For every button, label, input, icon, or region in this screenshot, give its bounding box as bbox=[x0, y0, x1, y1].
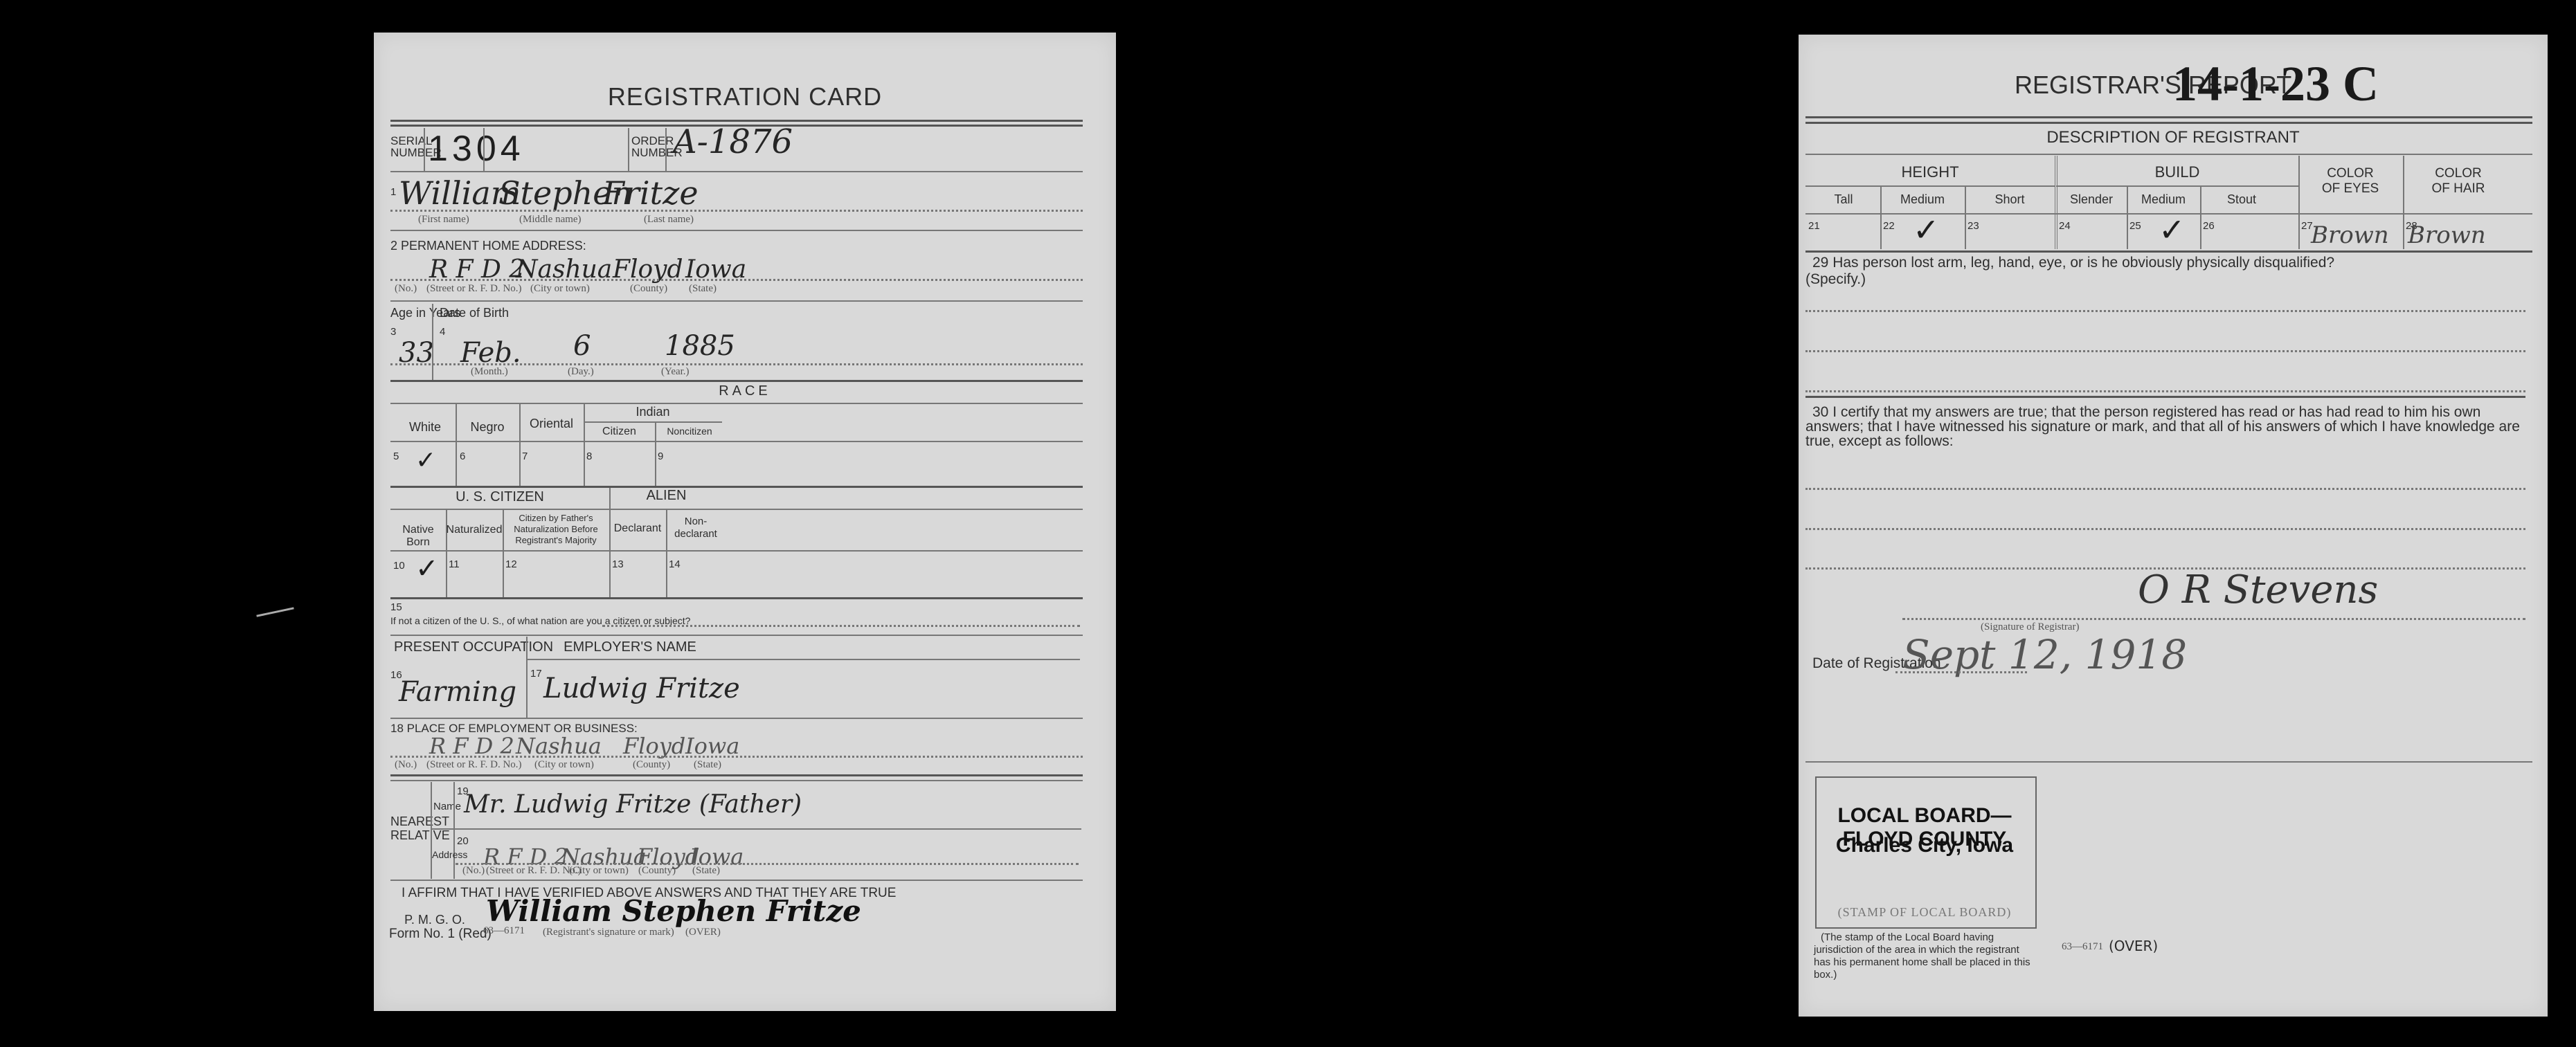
caption-month: (Month.) bbox=[471, 366, 508, 378]
caption-state: (State) bbox=[694, 759, 721, 771]
scan-artifact bbox=[256, 607, 294, 617]
stamp-caption: (STAMP OF LOCAL BOARD) bbox=[1815, 905, 2034, 920]
caption-day: (Day.) bbox=[568, 366, 594, 378]
caption-street: (Street or R. F. D. No.) bbox=[426, 283, 522, 295]
employer-header: EMPLOYER'S NAME bbox=[526, 639, 734, 655]
alien-nondeclarant: Non-declarant bbox=[672, 516, 720, 540]
form-id-line1: P. M. G. O. bbox=[393, 913, 476, 927]
home-address-label: 2 PERMANENT HOME ADDRESS: bbox=[390, 239, 586, 253]
board-line2: Charles City, Iowa bbox=[1815, 834, 2034, 857]
height-header: HEIGHT bbox=[1805, 163, 2055, 181]
signature-caption: (Registrant's signature or mark) bbox=[543, 927, 674, 938]
nearest-relative-label: NEAREST RELATIVE bbox=[390, 814, 431, 842]
race-oriental: Oriental bbox=[519, 417, 584, 431]
caption-city: (City or town) bbox=[534, 759, 594, 771]
field-number: 4 bbox=[440, 326, 445, 338]
employer-value: Ludwig Fritze bbox=[543, 673, 740, 704]
field-number: 17 bbox=[530, 668, 542, 680]
caption-middle-name: (Middle name) bbox=[519, 214, 582, 226]
race-header: RACE bbox=[374, 383, 1116, 399]
caption-last-name: (Last name) bbox=[644, 214, 694, 226]
dob-day: 6 bbox=[573, 330, 591, 362]
field-number: 8 bbox=[586, 450, 592, 462]
caption-county: (County) bbox=[633, 759, 670, 771]
relative-address-label: Address bbox=[432, 849, 467, 860]
eyes-header: COLOR OF EYES bbox=[2298, 166, 2402, 197]
occupation-value: Farming bbox=[399, 676, 516, 708]
height-short: Short bbox=[1965, 192, 2055, 207]
over-label: (OVER) bbox=[685, 927, 721, 938]
order-number: A-1876 bbox=[673, 122, 793, 161]
caption-street: (Street or R. F. D. No.) bbox=[486, 865, 582, 877]
race-white: White bbox=[390, 420, 460, 435]
field-number: 26 bbox=[2203, 220, 2215, 232]
back-card: REGISTRAR'S REPORT 14-1-23 C DESCRIPTION… bbox=[1799, 35, 2548, 1017]
field-number: 13 bbox=[612, 558, 624, 570]
over-label: (OVER) bbox=[2109, 938, 2158, 954]
citizen-native-born: Native Born bbox=[390, 524, 446, 549]
field-number: 3 bbox=[390, 326, 396, 338]
hair-header: COLOR OF HAIR bbox=[2403, 166, 2514, 197]
relative-name-value: Mr. Ludwig Fritze (Father) bbox=[464, 790, 802, 819]
build-header: BUILD bbox=[2056, 163, 2298, 181]
caption-year: (Year.) bbox=[661, 366, 690, 378]
field-number: 15 bbox=[390, 601, 402, 613]
caption-state: (State) bbox=[689, 283, 717, 295]
description-subtitle: DESCRIPTION OF REGISTRANT bbox=[1799, 128, 2548, 147]
field-number: 1 bbox=[390, 186, 396, 198]
form-id-line2: Form No. 1 (Red) bbox=[389, 927, 492, 942]
stamp-note: (The stamp of the Local Board having jur… bbox=[1814, 931, 2035, 981]
dob-label: Date of Birth bbox=[440, 306, 509, 320]
field-number: 9 bbox=[658, 450, 663, 462]
caption-state: (State) bbox=[692, 865, 720, 877]
caption-no: (No.) bbox=[395, 283, 417, 295]
q30-text: 30 I certify that my answers are true; t… bbox=[1805, 405, 2529, 448]
alien-header: ALIEN bbox=[609, 488, 723, 504]
field-number: 6 bbox=[460, 450, 465, 462]
height-medium-check-icon: ✓ bbox=[1913, 211, 1940, 248]
citizen-naturalized: Naturalized bbox=[446, 524, 503, 536]
registrant-signature: William Stephen Fritze bbox=[486, 894, 861, 928]
caption-no: (No.) bbox=[395, 759, 417, 771]
field-number: 7 bbox=[522, 450, 528, 462]
field-number: 10 bbox=[393, 560, 405, 572]
caption-first-name: (First name) bbox=[418, 214, 469, 226]
caption-city: (City or town) bbox=[569, 865, 629, 877]
build-slender: Slender bbox=[2056, 192, 2127, 207]
q29-text: 29 Has person lost arm, leg, hand, eye, … bbox=[1812, 255, 2334, 271]
print-code: 63—6171 bbox=[2062, 941, 2103, 953]
registrar-signature: O R Stevens bbox=[2138, 567, 2378, 612]
race-indian-noncitizen: Noncitizen bbox=[655, 426, 724, 437]
field-number: 14 bbox=[669, 558, 681, 570]
field-number: 24 bbox=[2059, 220, 2071, 232]
field-number: 12 bbox=[505, 558, 517, 570]
build-medium-check-icon: ✓ bbox=[2159, 211, 2186, 248]
field-number: 22 bbox=[1883, 220, 1895, 232]
stamp-number: 14-1-23 C bbox=[2172, 55, 2379, 113]
field-number: 25 bbox=[2129, 220, 2141, 232]
caption-street: (Street or R. F. D. No.) bbox=[426, 759, 522, 771]
race-indian: Indian bbox=[584, 405, 722, 419]
card-title: REGISTRATION CARD bbox=[374, 82, 1116, 111]
relative-name-label: Name bbox=[433, 801, 461, 812]
q29-specify: (Specify.) bbox=[1805, 271, 1866, 288]
front-card: REGISTRATION CARD SERIAL NUMBER 1304 ORD… bbox=[374, 33, 1116, 1011]
caption-no: (No.) bbox=[462, 865, 485, 877]
last-name: Fritze bbox=[602, 174, 699, 212]
build-medium: Medium bbox=[2127, 192, 2200, 207]
height-medium: Medium bbox=[1880, 192, 1965, 207]
field-number: 21 bbox=[1808, 220, 1820, 232]
race-white-check-icon: ✓ bbox=[415, 446, 436, 475]
caption-county: (County) bbox=[630, 283, 667, 295]
serial-number: 1304 bbox=[428, 128, 525, 170]
citizen-by-father: Citizen by Father's Naturalization Befor… bbox=[503, 513, 609, 546]
eye-color-value: Brown bbox=[2311, 221, 2389, 249]
alien-declarant: Declarant bbox=[609, 522, 666, 535]
field-number: 5 bbox=[393, 450, 399, 462]
build-stout: Stout bbox=[2200, 192, 2283, 207]
caption-city: (City or town) bbox=[530, 283, 590, 295]
us-citizen-header: U. S. CITIZEN bbox=[390, 489, 609, 505]
hair-color-value: Brown bbox=[2408, 221, 2486, 249]
field-number: 20 bbox=[457, 835, 469, 847]
dob-year: 1885 bbox=[665, 330, 735, 362]
field-number: 11 bbox=[449, 558, 460, 570]
race-indian-citizen: Citizen bbox=[584, 426, 655, 438]
native-born-check-icon: ✓ bbox=[415, 553, 439, 585]
caption-county: (County) bbox=[638, 865, 676, 877]
height-tall: Tall bbox=[1805, 192, 1882, 207]
field-number: 23 bbox=[1967, 220, 1979, 232]
race-negro: Negro bbox=[456, 420, 519, 435]
